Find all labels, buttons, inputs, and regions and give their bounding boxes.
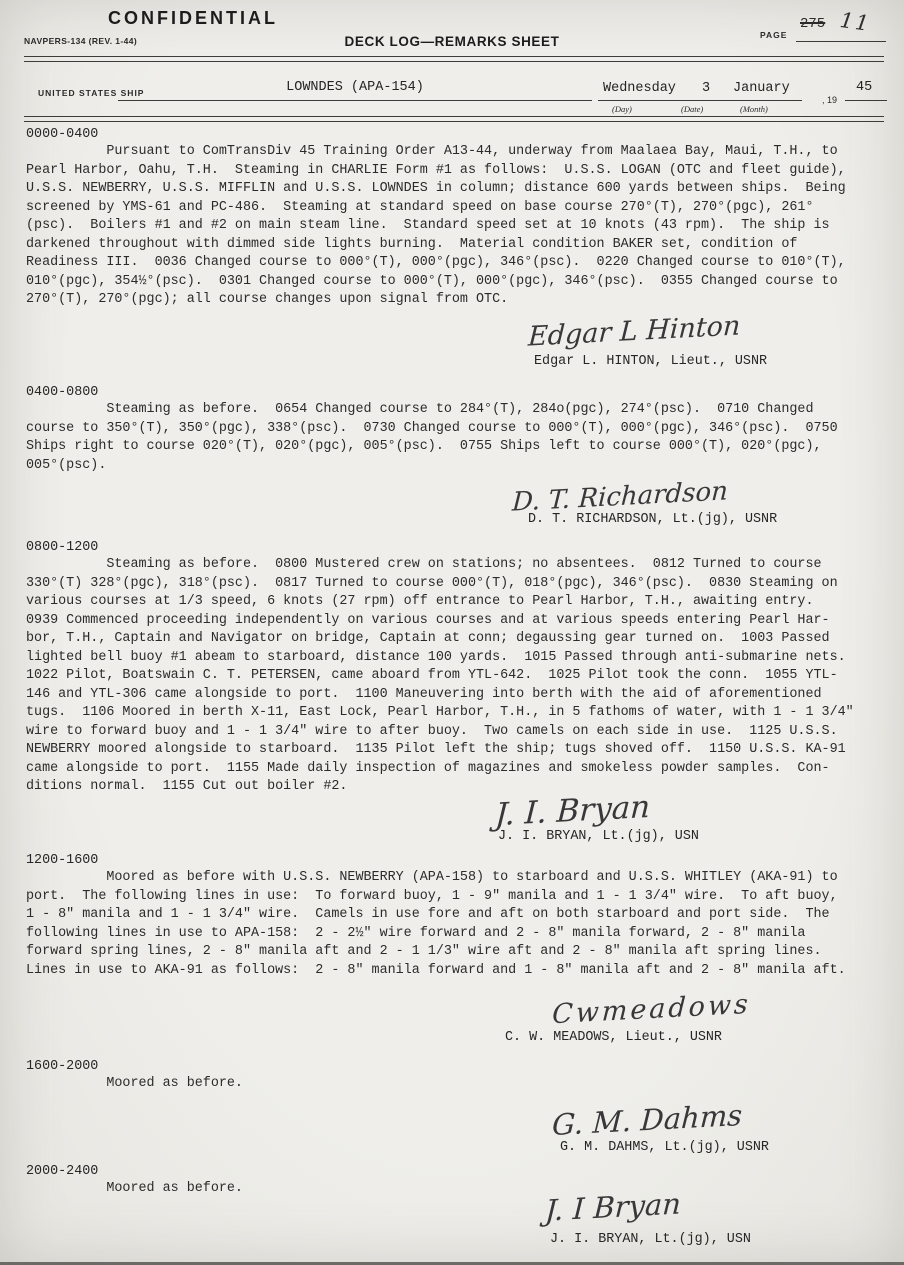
signature-script-meadows: Cwmeadows — [551, 989, 751, 1031]
watch-period: 0400-0800 — [26, 384, 884, 401]
log-entry-text: Pursuant to ComTransDiv 45 Training Orde… — [26, 143, 884, 310]
date-line — [598, 100, 802, 101]
log-entry-1600-2000: 1600-2000 Moored as before. — [26, 1058, 884, 1094]
deck-log-page: CONFIDENTIAL NAVPERS-134 (REV. 1-44) DEC… — [0, 0, 904, 1265]
page-number-line — [796, 41, 886, 42]
page-label: PAGE — [760, 30, 787, 40]
year-value: 45 — [856, 80, 872, 95]
log-entry-0800-1200: 0800-1200 Steaming as before. 0800 Muste… — [26, 539, 884, 797]
date-day: Wednesday — [603, 81, 676, 96]
date-number: 3 — [702, 81, 710, 96]
day-sublabel: (Day) — [612, 104, 632, 114]
signature-script-bryan-2: J. I Bryan — [544, 1186, 682, 1227]
page-number-handwritten: 11 — [838, 8, 872, 36]
page-number-struck: 275 — [800, 16, 825, 32]
log-entry-1200-1600: 1200-1600 Moored as before with U.S.S. N… — [26, 852, 884, 980]
watch-period: 1200-1600 — [26, 852, 884, 869]
watch-period: 2000-2400 — [26, 1163, 884, 1180]
signature-typed-richardson: D. T. RICHARDSON, Lt.(jg), USNR — [528, 512, 777, 527]
year-line — [845, 100, 887, 101]
watch-period: 1600-2000 — [26, 1058, 884, 1075]
signature-script-hinton: Edgar L Hinton — [527, 310, 741, 352]
log-entry-text: Steaming as before. 0654 Changed course … — [26, 401, 884, 475]
ship-name: LOWNDES (APA-154) — [118, 80, 592, 95]
header-rule-top — [24, 56, 884, 62]
log-entry-2000-2400: 2000-2400 Moored as before. — [26, 1163, 884, 1199]
signature-typed-dahms: G. M. DAHMS, Lt.(jg), USNR — [560, 1140, 769, 1155]
date-sublabel: (Date) — [681, 104, 703, 114]
log-entry-0400-0800: 0400-0800 Steaming as before. 0654 Chang… — [26, 384, 884, 475]
month-sublabel: (Month) — [740, 104, 768, 114]
classification-stamp: CONFIDENTIAL — [108, 8, 278, 29]
signature-typed-bryan-1: J. I. BRYAN, Lt.(jg), USN — [498, 829, 699, 844]
ship-name-line — [118, 100, 592, 101]
year-prefix: , 19 — [822, 95, 837, 105]
log-entry-0000-0400: 0000-0400 Pursuant to ComTransDiv 45 Tra… — [26, 126, 884, 310]
watch-period: 0800-1200 — [26, 539, 884, 556]
signature-script-bryan-1: J. I. Bryan — [494, 789, 651, 833]
signature-script-dahms: G. M. Dahms — [551, 1098, 743, 1142]
signature-typed-meadows: C. W. MEADOWS, Lieut., USNR — [505, 1030, 722, 1045]
log-entry-text: Moored as before with U.S.S. NEWBERRY (A… — [26, 869, 884, 980]
signature-typed-bryan-2: J. I. BRYAN, Lt.(jg), USN — [550, 1232, 751, 1247]
signature-typed-hinton: Edgar L. HINTON, Lieut., USNR — [534, 354, 767, 369]
date-month: January — [733, 81, 790, 96]
log-entry-text: Moored as before. — [26, 1075, 884, 1094]
header-rule-bottom — [24, 116, 884, 122]
log-entry-text: Steaming as before. 0800 Mustered crew o… — [26, 556, 884, 797]
watch-period: 0000-0400 — [26, 126, 884, 143]
log-entry-text: Moored as before. — [26, 1180, 884, 1199]
